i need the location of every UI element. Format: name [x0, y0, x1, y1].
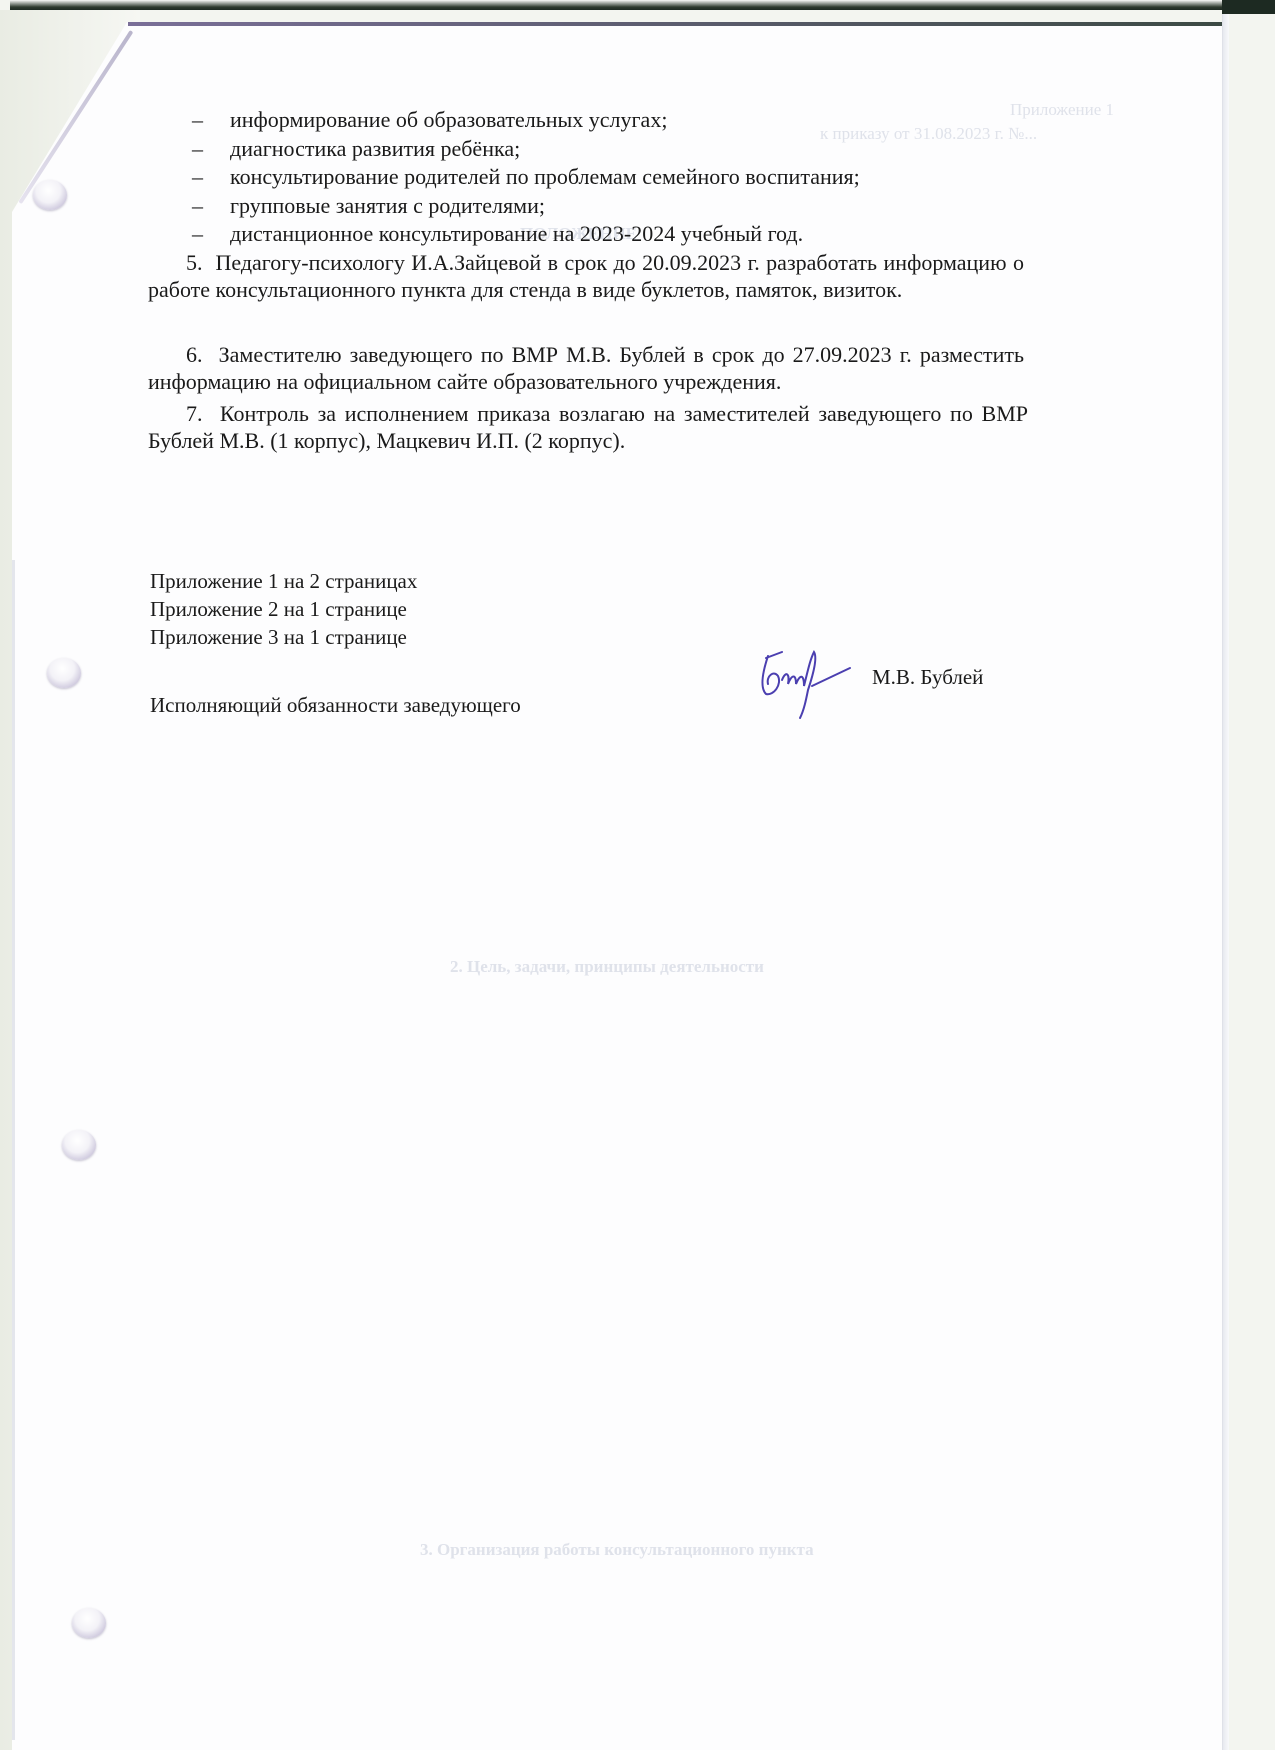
punch-hole-icon — [47, 658, 81, 688]
numbered-item-7: 7. Контроль за исполнением приказа возла… — [148, 400, 1028, 454]
bleed-section-2: 2. Цель, задачи, принципы деятельности — [450, 955, 764, 979]
attachment-line: Приложение 1 на 2 страницах — [150, 568, 417, 595]
numbered-item-5: 5. Педагогу-психологу И.А.Зайцевой в сро… — [148, 249, 1024, 303]
punch-hole-icon — [33, 180, 67, 210]
item-number: 7. — [186, 401, 203, 426]
bleed-section-3: 3. Организация работы консультационного … — [420, 1538, 814, 1562]
item-text: Педагогу-психологу И.А.Зайцевой в срок д… — [148, 250, 1024, 302]
bullet-text: информирование об образовательных услуга… — [230, 107, 667, 132]
bleed-header-line1: Приложение 1 — [1010, 98, 1114, 122]
item-number: 6. — [186, 342, 203, 367]
numbered-item-6: 6. Заместителю заведующего по ВМР М.В. Б… — [148, 341, 1024, 395]
page-edge-left — [12, 560, 15, 1740]
dash-marker: – — [192, 220, 230, 247]
attachment-line: Приложение 3 на 1 странице — [150, 624, 407, 651]
item-number: 5. — [186, 250, 203, 275]
scanner-bar-corner — [1222, 0, 1275, 14]
page-edge-right — [1222, 14, 1229, 1750]
attachment-line: Приложение 2 на 1 странице — [150, 596, 407, 623]
page-edge-top — [128, 22, 1224, 26]
bullet-item: –диагностика развития ребёнка; — [192, 135, 520, 162]
bullet-item: –групповые занятия с родителями; — [192, 192, 545, 219]
dash-marker: – — [192, 163, 230, 190]
bullet-text: групповые занятия с родителями; — [230, 193, 545, 218]
punch-hole-icon — [62, 1130, 96, 1160]
signatory-position: Исполняющий обязанности заведующего — [150, 692, 521, 719]
bullet-item: –информирование об образовательных услуг… — [192, 106, 667, 133]
bullet-item: –дистанционное консультирование на 2023-… — [192, 220, 803, 247]
dash-marker: – — [192, 192, 230, 219]
bullet-item: –консультирование родителей по проблемам… — [192, 163, 860, 190]
punch-hole-icon — [72, 1608, 106, 1638]
bullet-text: диагностика развития ребёнка; — [230, 136, 520, 161]
dash-marker: – — [192, 135, 230, 162]
bullet-text: дистанционное консультирование на 2023-2… — [230, 221, 803, 246]
scanner-bar-top — [10, 0, 1225, 10]
handwritten-signature-icon — [752, 640, 862, 720]
item-text: Заместителю заведующего по ВМР М.В. Бубл… — [148, 342, 1024, 394]
bleed-header-line2: к приказу от 31.08.2023 г. №... — [820, 122, 1037, 146]
dash-marker: – — [192, 106, 230, 133]
bullet-text: консультирование родителей по проблемам … — [230, 164, 860, 189]
item-text: Контроль за исполнением приказа возлагаю… — [148, 401, 1028, 453]
signatory-name: М.В. Бублей — [872, 664, 983, 691]
